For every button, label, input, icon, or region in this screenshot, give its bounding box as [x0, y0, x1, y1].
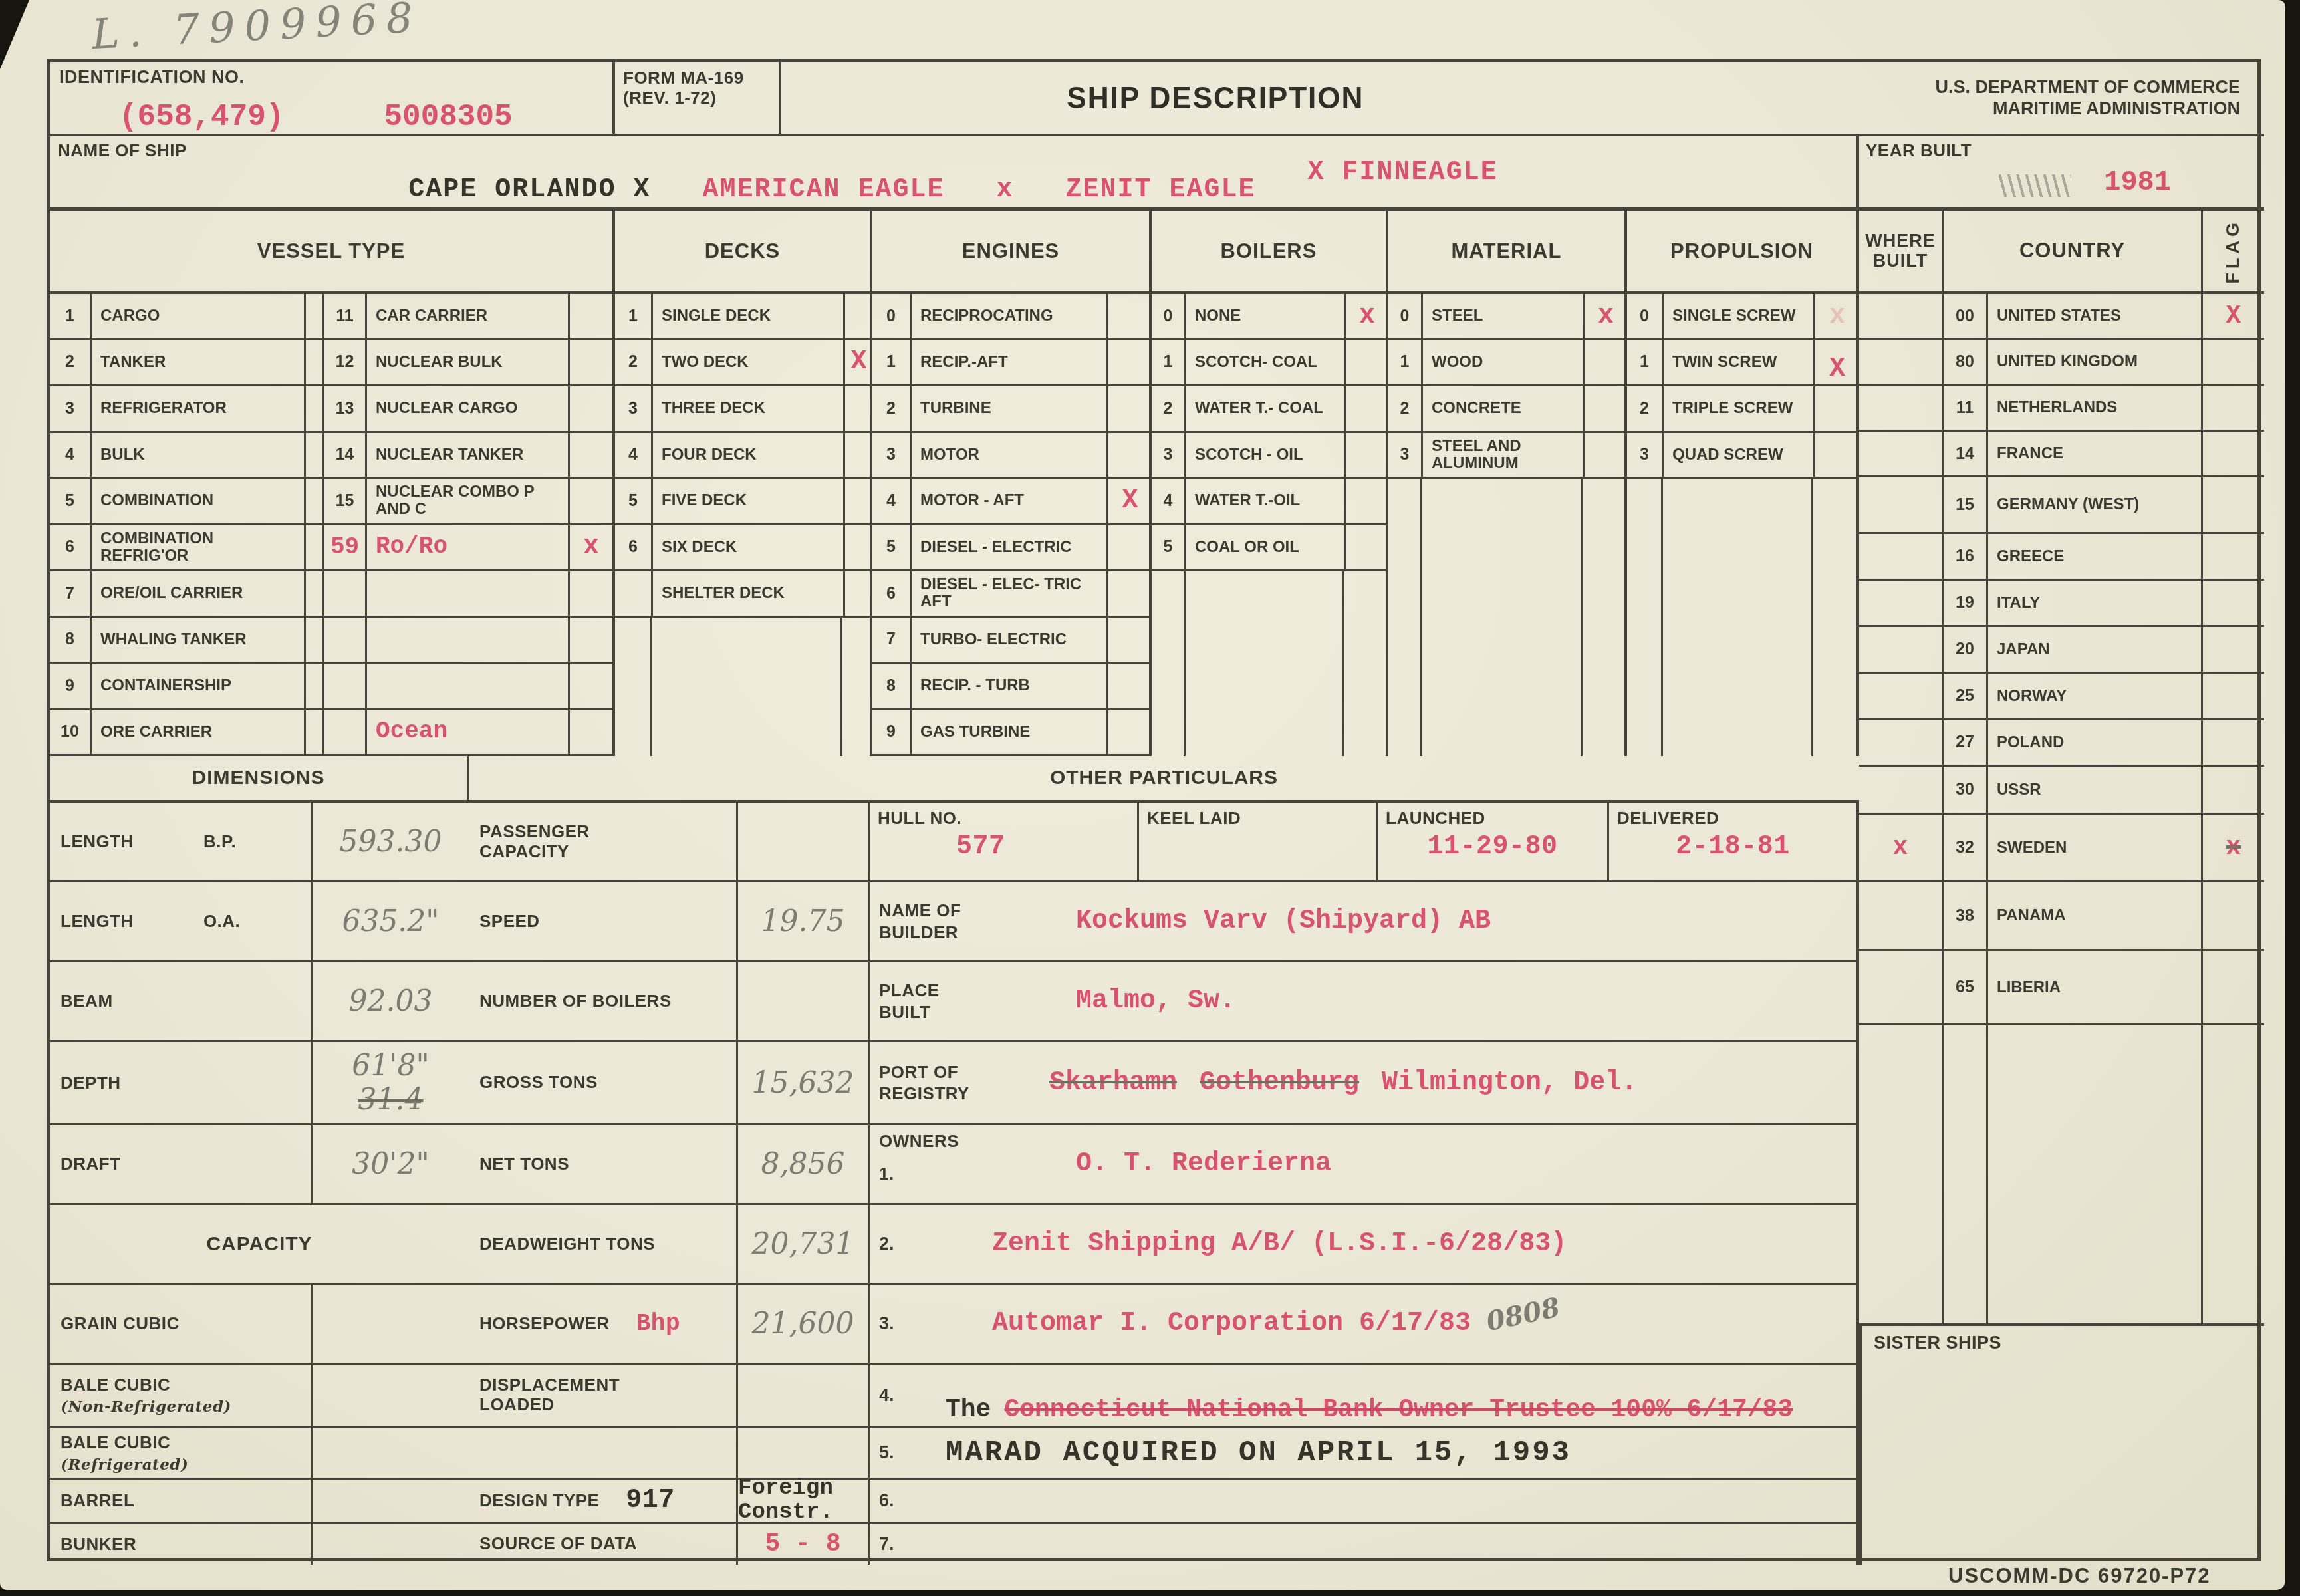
barrel-row: BARREL	[50, 1480, 469, 1524]
ship-names: CAPE ORLANDO X AMERICAN EAGLE x ZENIT EA…	[50, 175, 1856, 205]
length-bp-value: 593.30	[313, 803, 469, 880]
checkmark	[845, 525, 872, 570]
country-row: 80 UNITED KINGDOM	[1859, 340, 2264, 386]
port-of-registry-row: PORT OF REGISTRY Skarhamn Gothenburg Wil…	[870, 1042, 1856, 1125]
sister-ships-label: SISTER SHIPS	[1874, 1333, 2001, 1353]
engines-row: 0 RECIPROCATING	[872, 294, 1149, 340]
blank-row	[469, 1428, 868, 1480]
form-number: FORM MA-169	[623, 68, 771, 88]
country-group: WHERE BUILT COUNTRY FLAG 00 UNITED STATE…	[1859, 211, 2264, 1323]
checkmark	[845, 294, 872, 338]
propulsion-title: PROPULSION	[1627, 211, 1856, 294]
source-of-data-row: SOURCE OF DATA 5 - 8	[469, 1524, 868, 1565]
country-row: 30 USSR	[1859, 767, 2264, 815]
design-type-row: DESIGN TYPE917 Foreign Constr.	[469, 1480, 868, 1524]
scanned-document: L. 7909968 IDENTIFICATION NO. (658,479) …	[0, 0, 2300, 1596]
marad-note: MARAD ACQUIRED ON APRIL 15, 1993	[919, 1428, 1856, 1478]
page-title: SHIP DESCRIPTION	[1067, 80, 1364, 116]
material-row: 3 STEEL AND ALUMINUM	[1388, 433, 1624, 479]
boilers-title: BOILERS	[1152, 211, 1386, 294]
vessel-type-row: 5 COMBINATION 15 NUCLEAR COMBO P AND C	[50, 479, 612, 525]
country-row: 19 ITALY	[1859, 581, 2264, 627]
launched-value: 11-29-80	[1378, 832, 1607, 862]
where-built-checkmark	[1859, 767, 1944, 813]
vessel-type-row: 6 COMBINATION REFRIG'OR 59 Ro/Ro x	[50, 525, 612, 572]
checkmark	[570, 664, 612, 708]
where-built-checkmark	[1859, 674, 1944, 718]
form-number-box: FORM MA-169 (REV. 1-72)	[615, 62, 781, 136]
country-row: 65 LIBERIA	[1859, 951, 2264, 1025]
vessel-type-row: 1 CARGO 11 CAR CARRIER	[50, 294, 612, 340]
bunker-row: BUNKER	[50, 1524, 469, 1565]
flag-checkmark	[2203, 951, 2264, 1023]
checkmark	[570, 571, 612, 616]
vessel-type-row: 9 CONTAINERSHIP	[50, 664, 612, 710]
decks-row: 1 SINGLE DECK	[615, 294, 870, 340]
vessel-type-row: 10 ORE CARRIER Ocean	[50, 710, 612, 757]
builder-value: Kockums Varv (Shipyard) AB	[1036, 882, 1856, 960]
checkmark	[1108, 340, 1152, 385]
middle-column: PASSENGER CAPACITY SPEED 19.75 NUMBER OF…	[469, 803, 868, 1565]
horsepower-value: 21,600	[738, 1285, 868, 1363]
place-built-label: PLACE BUILT	[870, 962, 1036, 1040]
bottom-section-headers: DIMENSIONS OTHER PARTICULARS	[50, 756, 1859, 803]
checkmark	[570, 618, 612, 662]
identification-box: IDENTIFICATION NO. (658,479) 5008305	[50, 62, 615, 136]
boilers-row: 2 WATER T.- COAL	[1152, 386, 1386, 433]
deadweight-value: 20,731	[738, 1205, 868, 1283]
country-row: 38 PANAMA	[1859, 882, 2264, 951]
beam-value: 92.03	[313, 962, 469, 1040]
passenger-capacity-row: PASSENGER CAPACITY	[469, 803, 868, 882]
checkmark	[570, 710, 612, 755]
boilers-group: BOILERS 0 NONE x 1 SCOTCH- COAL	[1152, 211, 1388, 756]
depth-struck-value: 31.4	[358, 1083, 424, 1117]
boilers-row: 4 WATER T.-OIL	[1152, 479, 1386, 525]
engines-row: 9 GAS TURBINE	[872, 710, 1149, 757]
gross-tons-row: GROSS TONS 15,632	[469, 1042, 868, 1125]
engines-row: 8 RECIP. - TURB	[872, 664, 1149, 710]
checkmark	[570, 294, 612, 338]
port-label: PORT OF REGISTRY	[870, 1042, 1036, 1123]
bale-cubic-nr-row: BALE CUBIC(Non-Refrigerated)	[50, 1365, 469, 1428]
country-row: x 32 SWEDEN x	[1859, 815, 2264, 882]
where-built-checkmark	[1859, 534, 1944, 579]
owner-6-row: 6.	[870, 1480, 1856, 1524]
checkmark: x	[1815, 294, 1859, 338]
where-built-checkmark	[1859, 581, 1944, 625]
propulsion-row: 3 QUAD SCREW	[1627, 433, 1856, 479]
checkmark: X	[1815, 340, 1859, 385]
checkmark	[1585, 340, 1627, 385]
material-title: MATERIAL	[1388, 211, 1624, 294]
vessel-type-row: 7 ORE/OIL CARRIER	[50, 571, 612, 618]
pencil-scratch	[1998, 174, 2071, 197]
checkmark	[1108, 618, 1152, 662]
header-title-area: SHIP DESCRIPTION U.S. DEPARTMENT OF COMM…	[781, 62, 2264, 136]
where-built-checkmark: x	[1859, 815, 1944, 880]
hull-keel-launch-deliver-row: HULL NO. 577 KEEL LAID LAUNCHED 11-29-80…	[870, 803, 1856, 882]
where-built-header: WHERE BUILT	[1859, 211, 1944, 291]
checkmark: x	[1585, 294, 1627, 338]
material-group: MATERIAL 0 STEEL x 1 WOOD	[1388, 211, 1627, 756]
checkmark	[1108, 571, 1152, 616]
number-of-boilers-row: NUMBER OF BOILERS	[469, 962, 868, 1042]
flag-checkmark	[2203, 627, 2264, 672]
length-oa-value: 635.2"	[313, 882, 469, 960]
where-built-checkmark	[1859, 386, 1944, 430]
propulsion-group: PROPULSION 0 SINGLE SCREW x 1 TWIN SCREW	[1627, 211, 1859, 756]
where-built-checkmark	[1859, 720, 1944, 765]
flag-checkmark	[2203, 674, 2264, 718]
material-row: 1 WOOD	[1388, 340, 1624, 387]
checkmark	[1346, 386, 1388, 431]
country-row: 25 NORWAY	[1859, 674, 2264, 720]
checkmark: x	[570, 525, 612, 570]
boilers-row: 3 SCOTCH - OIL	[1152, 433, 1386, 479]
launched-cell: LAUNCHED 11-29-80	[1378, 803, 1609, 880]
year-built-cell: YEAR BUILT 1981	[1859, 136, 2264, 211]
form-revision: (REV. 1-72)	[623, 88, 771, 108]
checkmark: X	[845, 340, 872, 385]
checkmark	[1108, 433, 1152, 477]
checkmark	[1815, 386, 1859, 431]
owner-7-row: 7.	[870, 1524, 1856, 1565]
flag-checkmark	[2203, 340, 2264, 384]
net-tons-row: NET TONS 8,856	[469, 1125, 868, 1205]
vessel-type-row: 4 BULK 14 NUCLEAR TANKER	[50, 433, 612, 479]
flag-checkmark	[2203, 534, 2264, 579]
owner-2-row: 2. Zenit Shipping A/B/ (L.S.I.-6/28/83)	[870, 1205, 1856, 1285]
other-particulars-title: OTHER PARTICULARS	[469, 756, 1859, 800]
country-row: 20 JAPAN	[1859, 627, 2264, 674]
where-built-checkmark	[1859, 882, 1944, 949]
dimensions-title: DIMENSIONS	[50, 756, 469, 800]
checkmark	[1815, 433, 1859, 477]
checkmark	[1346, 525, 1388, 570]
checkmark	[1108, 386, 1152, 431]
checkmark	[570, 433, 612, 477]
decks-row: SHELTER DECK	[615, 571, 870, 618]
owner-4-prefix: The	[946, 1396, 991, 1424]
flag-checkmark: x	[2203, 815, 2264, 880]
ship-description-form: IDENTIFICATION NO. (658,479) 5008305 FOR…	[47, 59, 2261, 1561]
checkmark	[1585, 386, 1627, 431]
where-built-checkmark	[1859, 340, 1944, 384]
where-built-checkmark	[1859, 951, 1944, 1023]
owner-1-row: OWNERS 1. O. T. Rederierna	[870, 1125, 1856, 1205]
gpo-print-code: USCOMM-DC 69720-P72	[1948, 1564, 2211, 1588]
checkmark	[1346, 433, 1388, 477]
boilers-row: 5 COAL OR OIL	[1152, 525, 1386, 572]
bale-cubic-r-row: BALE CUBIC(Refrigerated)	[50, 1428, 469, 1480]
name-of-ship-row: NAME OF SHIP CAPE ORLANDO X AMERICAN EAG…	[50, 136, 1859, 211]
dimensions-column: LENGTHB.P. 593.30 LENGTHO.A. 635.2" BEAM…	[50, 803, 469, 1565]
decks-row: 3 THREE DECK	[615, 386, 870, 433]
vessel-type-row: 8 WHALING TANKER	[50, 618, 612, 664]
hull-no-cell: HULL NO. 577	[870, 803, 1139, 880]
flag-checkmark	[2203, 581, 2264, 625]
flag-checkmark: X	[2203, 294, 2264, 338]
checkmark	[1585, 433, 1627, 477]
checkmark	[1108, 525, 1152, 570]
owners-label: OWNERS	[879, 1130, 1036, 1152]
checkmark: x	[1346, 294, 1388, 338]
ship-name: CAPE ORLANDO X	[408, 175, 650, 205]
name-of-ship-label: NAME OF SHIP	[58, 140, 187, 161]
flag-header: FLAG	[2203, 211, 2264, 291]
builder-label: NAME OF BUILDER	[870, 882, 1036, 960]
place-built-value: Malmo, Sw.	[1036, 962, 1856, 1040]
speed-row: SPEED 19.75	[469, 882, 868, 962]
country-row	[1859, 1025, 2264, 1323]
owner-2-value: Zenit Shipping A/B/ (L.S.I.-6/28/83)	[919, 1205, 1856, 1283]
vessel-type-row: 2 TANKER 12 NUCLEAR BULK	[50, 340, 612, 387]
boilers-row: 1 SCOTCH- COAL	[1152, 340, 1386, 387]
flag-checkmark	[2203, 882, 2264, 949]
depth-value: 61'8"	[352, 1049, 429, 1083]
builder-row: NAME OF BUILDER Kockums Varv (Shipyard) …	[870, 882, 1856, 962]
propulsion-row: 0 SINGLE SCREW x	[1627, 294, 1856, 340]
engines-group: ENGINES 0 RECIPROCATING 1 RECIP.-AFT	[872, 211, 1152, 756]
engines-title: ENGINES	[872, 211, 1149, 294]
decks-row: 5 FIVE DECK	[615, 479, 870, 525]
design-type-value: 917	[626, 1486, 675, 1516]
flag-checkmark	[2203, 720, 2264, 765]
ship-name: ZENIT EAGLE	[1066, 175, 1256, 205]
gross-tons-value: 15,632	[738, 1042, 868, 1123]
displacement-row: DISPLACEMENT LOADED	[469, 1365, 868, 1428]
flag-checkmark	[2203, 432, 2264, 475]
country-row: 16 GREECE	[1859, 534, 2264, 581]
where-built-checkmark	[1859, 294, 1944, 338]
where-built-checkmark	[1859, 1025, 1944, 1323]
checkmark	[1108, 664, 1152, 708]
source-of-data-value: 5 - 8	[738, 1524, 868, 1565]
flag-checkmark	[2203, 1025, 2264, 1323]
checkmark	[570, 340, 612, 385]
country-row: 15 GERMANY (WEST)	[1859, 477, 2264, 534]
owner-4-row: 4. The Connecticut National Bank-Owner T…	[870, 1365, 1856, 1428]
flag-checkmark	[2203, 767, 2264, 813]
year-built-label: YEAR BUILT	[1866, 140, 1972, 161]
owner-5-row: 5. MARAD ACQUIRED ON APRIL 15, 1993	[870, 1428, 1856, 1480]
flag-checkmark	[2203, 386, 2264, 430]
form-paper: L. 7909968 IDENTIFICATION NO. (658,479) …	[0, 0, 2285, 1590]
draft-value: 30'2"	[313, 1125, 469, 1203]
vessel-type-row: 3 REFRIGERATOR 13 NUCLEAR CARGO	[50, 386, 612, 433]
ship-name: X FINNEAGLE	[1308, 158, 1498, 188]
identification-label: IDENTIFICATION NO.	[59, 67, 603, 88]
country-row: 00 UNITED STATES X	[1859, 294, 2264, 340]
horsepower-row: HORSEPOWERBhp 21,600	[469, 1285, 868, 1365]
draft-row: DRAFT 30'2"	[50, 1125, 469, 1205]
capacity-title: CAPACITY	[50, 1205, 469, 1283]
identification-value-1: (658,479)	[119, 100, 284, 134]
beam-row: BEAM 92.03	[50, 962, 469, 1042]
checkmark	[1346, 340, 1388, 385]
checkmark	[845, 479, 872, 523]
keel-laid-cell: KEEL LAID	[1139, 803, 1378, 880]
decks-title: DECKS	[615, 211, 870, 294]
port-value: Skarhamn Gothenburg Wilmington, Del.	[1036, 1042, 1856, 1123]
country-header: COUNTRY	[1944, 211, 2203, 291]
where-built-checkmark	[1859, 627, 1944, 672]
engines-row: 5 DIESEL - ELECTRIC	[872, 525, 1149, 572]
checkmark	[1108, 294, 1152, 338]
boilers-row: 0 NONE x	[1152, 294, 1386, 340]
checkmark	[845, 571, 872, 616]
engines-row: 3 MOTOR	[872, 433, 1149, 479]
engines-row: 1 RECIP.-AFT	[872, 340, 1149, 387]
engines-row: 7 TURBO- ELECTRIC	[872, 618, 1149, 664]
vessel-type-title: VESSEL TYPE	[50, 211, 612, 294]
checkmark: X	[1108, 479, 1152, 523]
net-tons-value: 8,856	[738, 1125, 868, 1203]
decks-row: 6 SIX DECK	[615, 525, 870, 572]
pencil-note: 0808	[1484, 1291, 1563, 1337]
country-row: 11 NETHERLANDS	[1859, 386, 2264, 432]
material-row: 2 CONCRETE	[1388, 386, 1624, 433]
capacity-header-row: CAPACITY	[50, 1205, 469, 1285]
depth-row: DEPTH 61'8" 31.4	[50, 1042, 469, 1125]
ship-name: AMERICAN EAGLE	[702, 175, 944, 205]
grain-cubic-row: GRAIN CUBIC	[50, 1285, 469, 1365]
delivered-cell: DELIVERED 2-18-81	[1609, 803, 1856, 880]
country-row: 27 POLAND	[1859, 720, 2264, 767]
checkmark	[1346, 479, 1388, 523]
ship-name: x	[997, 175, 1014, 205]
decks-row: 4 FOUR DECK	[615, 433, 870, 479]
engines-row: 6 DIESEL - ELEC- TRIC AFT	[872, 571, 1149, 618]
where-built-checkmark	[1859, 432, 1944, 475]
particulars-column: HULL NO. 577 KEEL LAID LAUNCHED 11-29-80…	[868, 803, 1859, 1565]
owner-4-struck-value: Connecticut National Bank-Owner Trustee …	[1004, 1396, 1793, 1424]
decks-row: 2 TWO DECK X	[615, 340, 870, 387]
length-bp-row: LENGTHB.P. 593.30	[50, 803, 469, 882]
sister-ships-box: SISTER SHIPS	[1859, 1323, 2264, 1565]
deadweight-tons-row: DEADWEIGHT TONS 20,731	[469, 1205, 868, 1285]
checkmark	[1108, 710, 1152, 755]
propulsion-row: 1 TWIN SCREW X	[1627, 340, 1856, 387]
checkmark	[845, 433, 872, 477]
engines-row: 4 MOTOR - AFT X	[872, 479, 1149, 525]
hull-no-value: 577	[870, 832, 1137, 862]
where-built-checkmark	[1859, 477, 1944, 532]
place-built-row: PLACE BUILT Malmo, Sw.	[870, 962, 1856, 1042]
owner-1-value: O. T. Rederierna	[1036, 1125, 1856, 1203]
delivered-value: 2-18-81	[1609, 832, 1856, 862]
speed-value: 19.75	[738, 882, 868, 960]
vessel-type-group: VESSEL TYPE 1 CARGO 11 CAR CARRIER	[50, 211, 615, 756]
penciled-official-number: L. 7909968	[90, 0, 423, 59]
country-row: 14 FRANCE	[1859, 432, 2264, 477]
checkmark	[570, 479, 612, 523]
horsepower-note: Bhp	[636, 1310, 680, 1337]
decks-group: DECKS 1 SINGLE DECK 2 TWO DECK X	[615, 211, 872, 756]
checkmark	[570, 386, 612, 431]
year-built-value: 1981	[2104, 166, 2171, 198]
material-row: 0 STEEL x	[1388, 294, 1624, 340]
length-oa-row: LENGTHO.A. 635.2"	[50, 882, 469, 962]
propulsion-row: 2 TRIPLE SCREW	[1627, 386, 1856, 433]
foreign-constr-note: Foreign Constr.	[738, 1480, 868, 1522]
owner-3-row: 3. Automar I. Corporation 6/17/830808	[870, 1285, 1856, 1365]
identification-value-2: 5008305	[384, 100, 512, 134]
checkmark	[845, 386, 872, 431]
owner-3-value: Automar I. Corporation 6/17/830808	[919, 1285, 1856, 1363]
agency-name: U.S. DEPARTMENT OF COMMERCE MARITIME ADM…	[1936, 76, 2265, 120]
flag-checkmark	[2203, 477, 2264, 532]
engines-row: 2 TURBINE	[872, 386, 1149, 433]
